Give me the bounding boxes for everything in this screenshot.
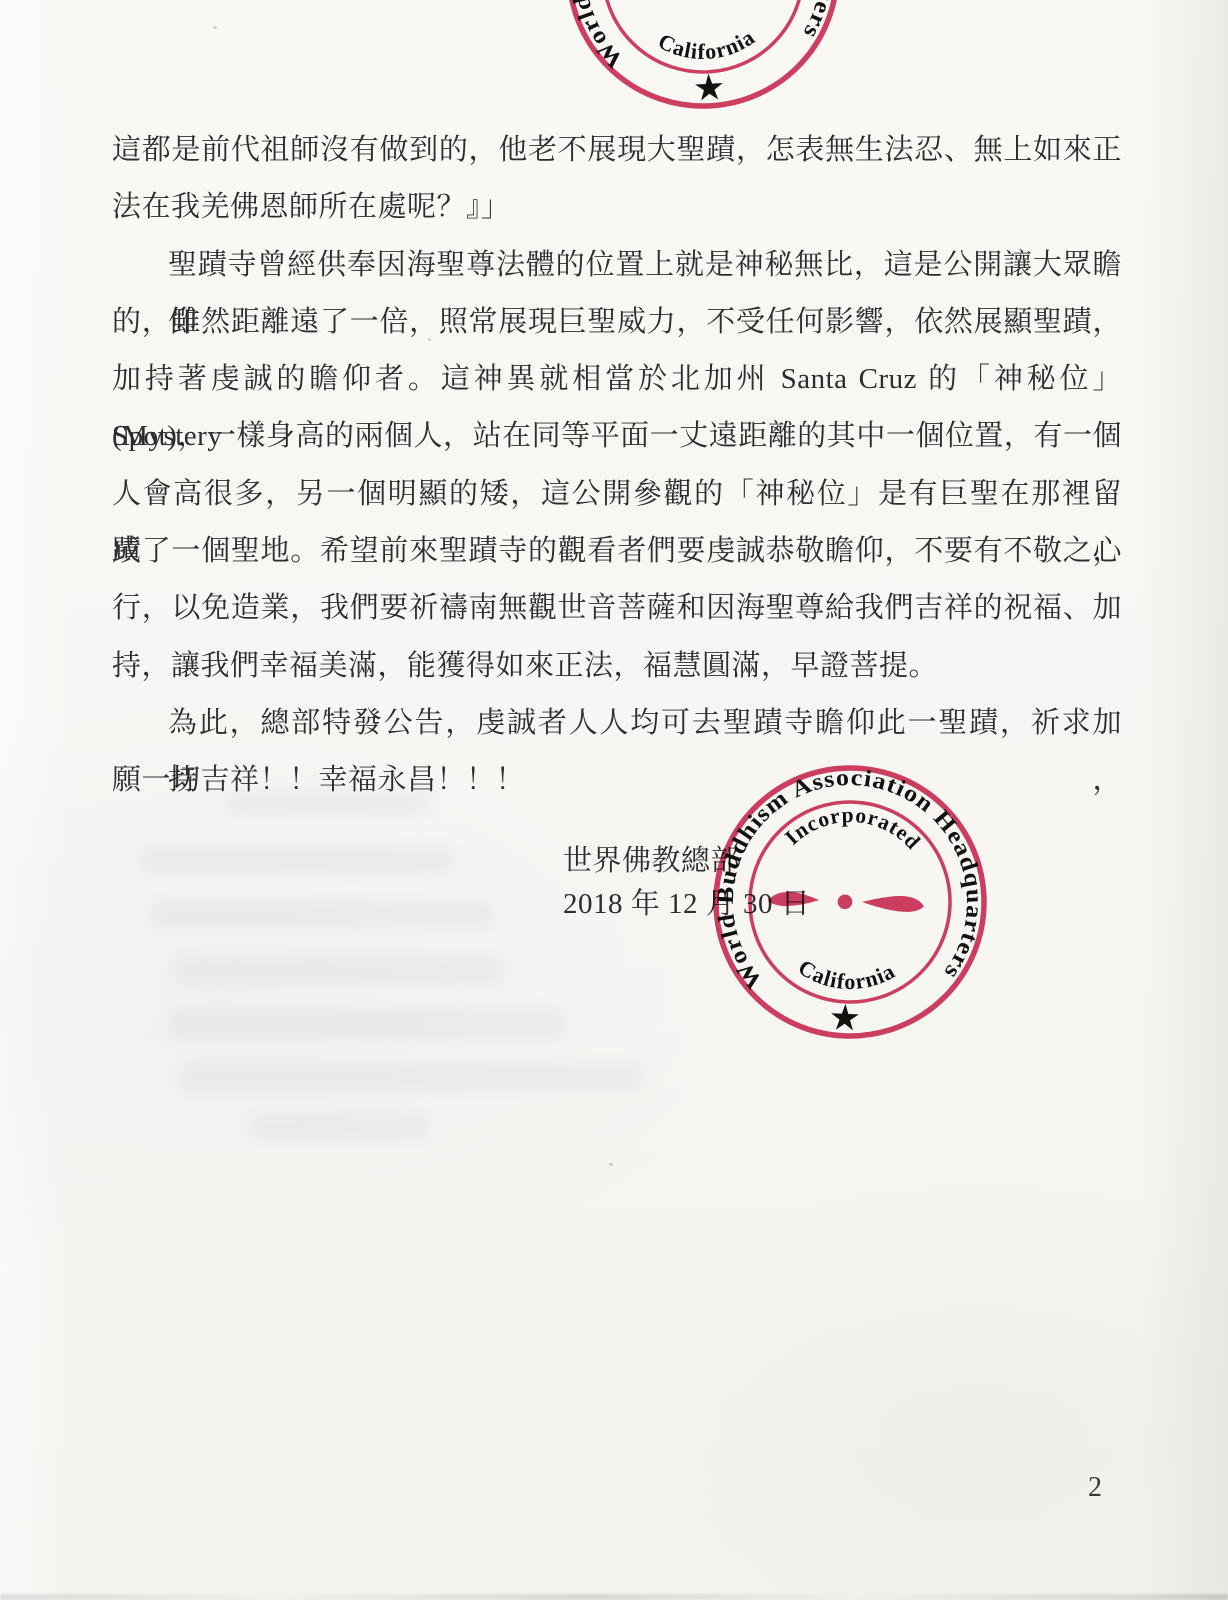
- document-line: 人會高很多，另一個明顯的矮，這公開參觀的「神秘位」是有巨聖在那裡留蹟，: [112, 466, 1122, 523]
- bleedthrough-smudge: [180, 1062, 645, 1092]
- stamp-seal-bottom: [704, 756, 996, 1048]
- document-line: 成了一個聖地。希望前來聖蹟寺的觀看者們要虔誠恭敬瞻仰，不要有不敬之心: [112, 523, 1122, 580]
- dust-speck: [609, 1163, 613, 1166]
- bleedthrough-smudge: [140, 845, 455, 875]
- document-line: 法在我羌佛恩師所在處呢？』」: [112, 179, 1122, 236]
- dust-speck: [428, 338, 431, 341]
- bleedthrough-smudge: [150, 900, 495, 928]
- document-line: Spot)，一樣身高的兩個人，站在同等平面一丈遠距離的其中一個位置，有一個: [112, 408, 1122, 465]
- stamp-seal-top: [556, 0, 850, 119]
- document-line: 加持著虔誠的瞻仰者。這神異就相當於北加州 Santa Cruz 的「神秘位」(M…: [112, 351, 1122, 408]
- document-line: 聖蹟寺曾經供奉因海聖尊法體的位置上就是神秘無比，這是公開讓大眾瞻仰: [112, 237, 1122, 294]
- bleedthrough-smudge: [250, 1112, 430, 1140]
- scanned-document-page: 這都是前代祖師沒有做到的，他老不展現大聖蹟，怎表無生法忍、無上如來正 法在我羌佛…: [0, 0, 1228, 1600]
- bleedthrough-smudge: [170, 1008, 565, 1040]
- document-line: 持，讓我們幸福美滿，能獲得如來正法，福慧圓滿，早證菩提。: [112, 638, 1122, 695]
- document-line: 為此，總部特發公告，虔誠者人人均可去聖蹟寺瞻仰此一聖蹟，祈求加持，: [112, 695, 1122, 752]
- document-line: 這都是前代祖師沒有做到的，他老不展現大聖蹟，怎表無生法忍、無上如來正: [112, 122, 1122, 179]
- document-body: 這都是前代祖師沒有做到的，他老不展現大聖蹟，怎表無生法忍、無上如來正 法在我羌佛…: [112, 122, 1122, 810]
- dust-speck: [213, 26, 217, 29]
- bleedthrough-smudge: [175, 955, 505, 985]
- document-line: 的，雖然距離遠了一倍，照常展現巨聖威力，不受任何影響，依然展顯聖蹟，: [112, 294, 1122, 351]
- page-number: 2: [1088, 1472, 1102, 1504]
- document-line: 行，以免造業，我們要祈禱南無觀世音菩薩和因海聖尊給我們吉祥的祝福、加: [112, 580, 1122, 637]
- scan-bottom-edge: [0, 1594, 1228, 1600]
